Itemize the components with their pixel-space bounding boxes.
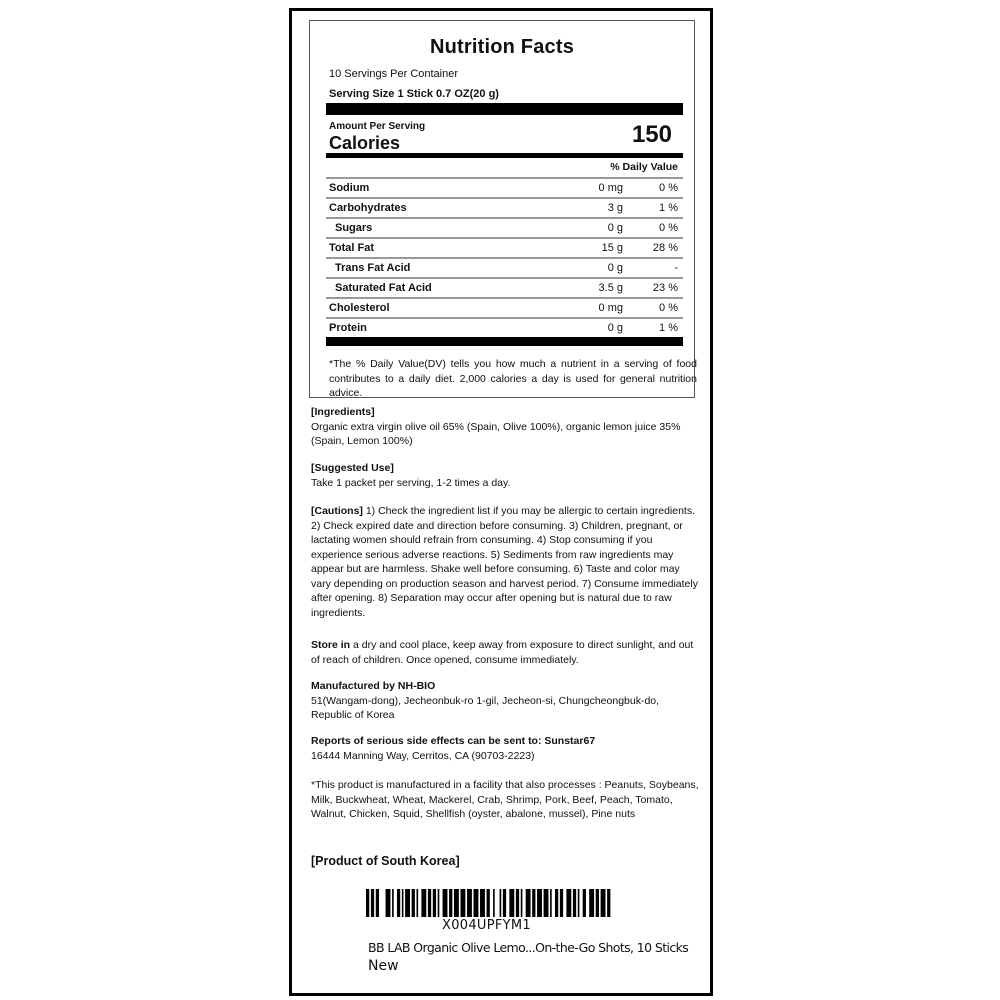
daily-value-header: % Daily Value <box>610 161 678 173</box>
reports-address: 16444 Manning Way, Cerritos, CA (90703-2… <box>311 749 701 764</box>
daily-value-footnote: *The % Daily Value(DV) tells you how muc… <box>329 357 697 401</box>
nutrient-daily-value: 0 % <box>659 302 678 314</box>
nutrient-amount: 0 mg <box>599 302 623 314</box>
nutrient-name: Trans Fat Acid <box>335 262 410 274</box>
nutrient-name: Total Fat <box>329 242 374 254</box>
nutrient-row: Sodium0 mg0 % <box>326 177 683 197</box>
cautions-heading: [Cautions] <box>311 505 363 517</box>
product-name: BB LAB Organic Olive Lemo...On-the-Go Sh… <box>368 940 688 955</box>
nutrient-name: Protein <box>329 322 367 334</box>
nutrient-daily-value: 1 % <box>659 322 678 334</box>
nutrient-row: Saturated Fat Acid3.5 g23 % <box>326 277 683 297</box>
amount-per-serving: Amount Per Serving <box>329 121 425 132</box>
product-condition: New <box>368 958 399 974</box>
storage-heading: Store in <box>311 639 350 651</box>
suggested-use-section: [Suggested Use] Take 1 packet per servin… <box>311 461 701 490</box>
bottom-thick-divider <box>326 337 683 346</box>
ingredients-section: [Ingredients] Organic extra virgin olive… <box>311 405 701 449</box>
nutrient-row: Cholesterol0 mg0 % <box>326 297 683 317</box>
ingredients-text: Organic extra virgin olive oil 65% (Spai… <box>311 420 701 449</box>
medium-divider <box>326 153 683 158</box>
ingredients-heading: [Ingredients] <box>311 406 375 418</box>
product-origin: [Product of South Korea] <box>311 854 460 868</box>
nutrient-daily-value: 0 % <box>659 222 678 234</box>
nutrient-amount: 0 g <box>608 322 623 334</box>
nutrient-name: Saturated Fat Acid <box>335 282 432 294</box>
serving-size: Serving Size 1 Stick 0.7 OZ(20 g) <box>329 88 499 100</box>
nutrient-row: Trans Fat Acid0 g- <box>326 257 683 277</box>
nutrient-daily-value: 28 % <box>653 242 678 254</box>
calories-value: 150 <box>632 121 672 149</box>
reports-heading: Reports of serious side effects can be s… <box>311 735 595 747</box>
nutrient-row: Carbohydrates3 g1 % <box>326 197 683 217</box>
nutrient-daily-value: - <box>674 262 678 274</box>
suggested-use-heading: [Suggested Use] <box>311 462 394 474</box>
storage-text: a dry and cool place, keep away from exp… <box>311 639 693 666</box>
barcode-icon <box>366 889 612 917</box>
nutrient-name: Sugars <box>335 222 372 234</box>
nutrient-amount: 0 g <box>608 262 623 274</box>
nutrient-row: Protein0 g1 % <box>326 317 683 337</box>
cautions-section: [Cautions] 1) Check the ingredient list … <box>311 504 701 620</box>
manufacturer-address: 51(Wangam-dong), Jecheonbuk-ro 1-gil, Je… <box>311 694 701 723</box>
nutrient-amount: 15 g <box>602 242 623 254</box>
nutrient-name: Sodium <box>329 182 369 194</box>
allergen-notice: *This product is manufactured in a facil… <box>311 778 701 822</box>
nutrient-row: Total Fat15 g28 % <box>326 237 683 257</box>
manufacturer-section: Manufactured by NH-BIO 51(Wangam-dong), … <box>311 679 701 723</box>
nutrient-amount: 3.5 g <box>599 282 623 294</box>
thick-divider <box>326 103 683 115</box>
nutrient-name: Carbohydrates <box>329 202 407 214</box>
servings-per-container: 10 Servings Per Container <box>329 68 458 80</box>
suggested-use-text: Take 1 packet per serving, 1-2 times a d… <box>311 476 701 491</box>
nutrient-table: Sodium0 mg0 %Carbohydrates3 g1 %Sugars0 … <box>326 177 683 337</box>
nutrient-amount: 3 g <box>608 202 623 214</box>
nutrient-amount: 0 g <box>608 222 623 234</box>
nutrient-daily-value: 23 % <box>653 282 678 294</box>
nutrient-daily-value: 0 % <box>659 182 678 194</box>
calories-label: Calories <box>329 133 400 154</box>
nutrient-amount: 0 mg <box>599 182 623 194</box>
nutrient-name: Cholesterol <box>329 302 390 314</box>
barcode-number: X004UPFYM1 <box>442 918 531 933</box>
nutrient-row: Sugars0 g0 % <box>326 217 683 237</box>
nutrient-daily-value: 1 % <box>659 202 678 214</box>
cautions-text: 1) Check the ingredient list if you may … <box>311 505 698 619</box>
manufacturer-heading: Manufactured by NH-BIO <box>311 680 435 692</box>
nutrition-facts-title: Nutrition Facts <box>310 36 694 59</box>
reports-section: Reports of serious side effects can be s… <box>311 734 701 763</box>
nutrition-facts-panel: Nutrition Facts 10 Servings Per Containe… <box>309 20 695 398</box>
storage-section: Store in a dry and cool place, keep away… <box>311 638 701 667</box>
label-frame: Nutrition Facts 10 Servings Per Containe… <box>289 8 713 996</box>
